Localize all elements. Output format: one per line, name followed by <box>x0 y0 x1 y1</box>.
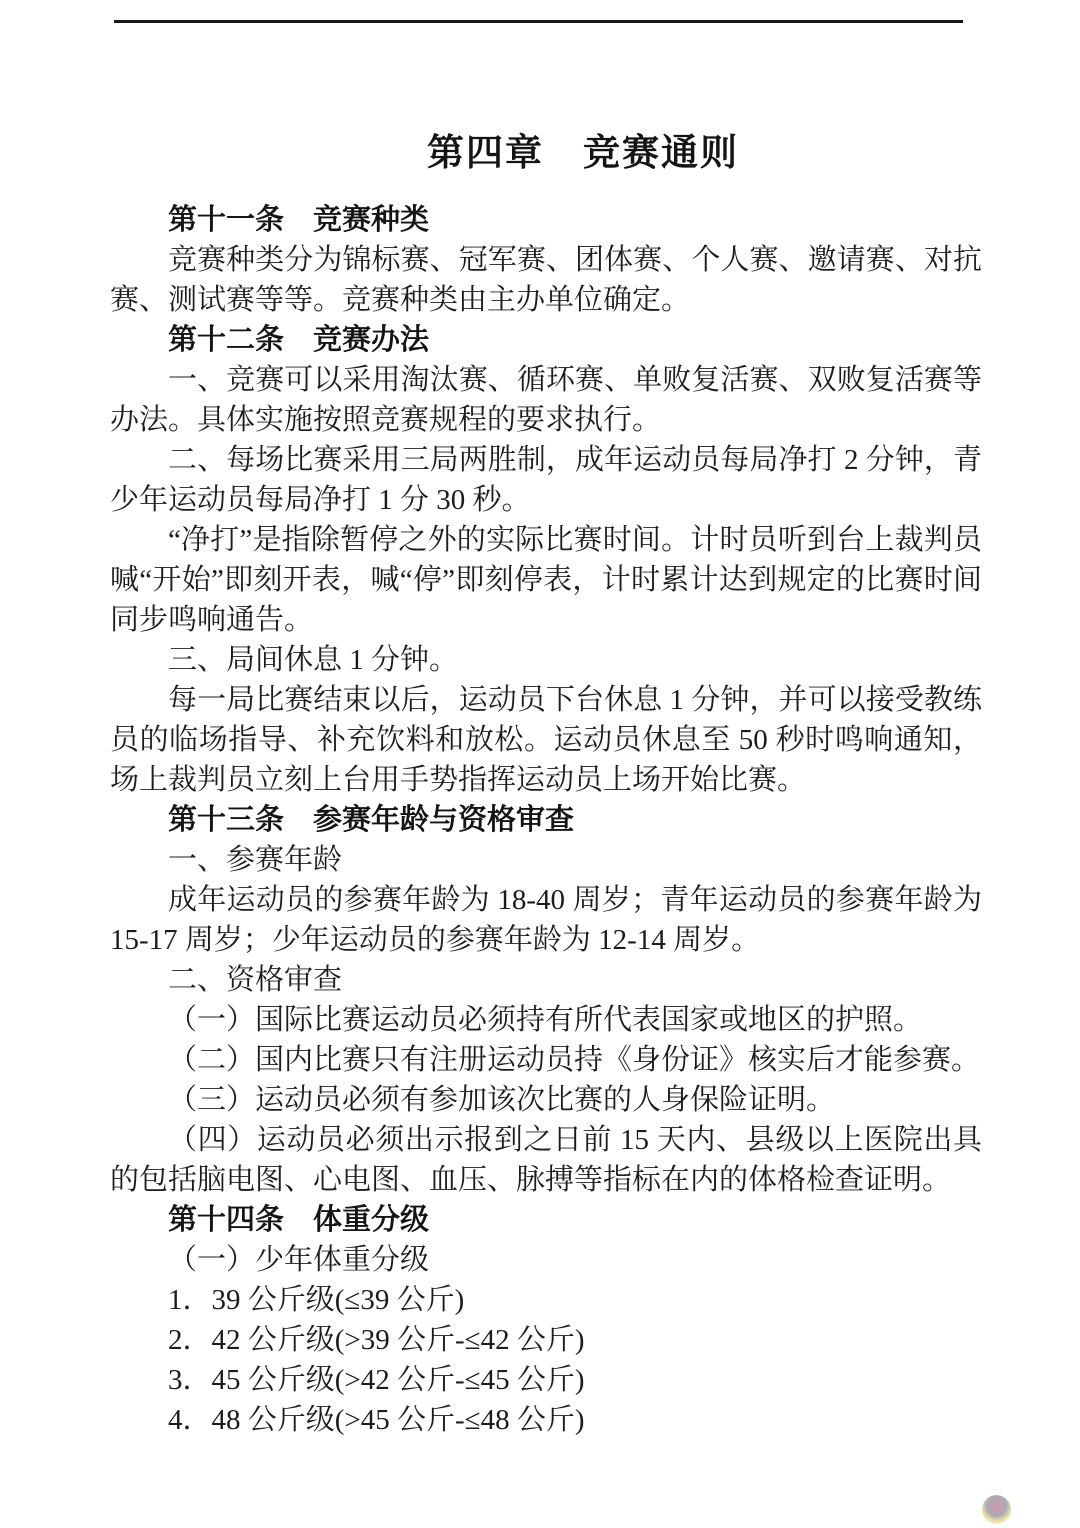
paragraph: 2．42 公斤级(>39 公斤-≤42 公斤) <box>110 1320 982 1360</box>
paragraph: 成年运动员的参赛年龄为 18-40 周岁；青年运动员的参赛年龄为 15-17 周… <box>110 880 982 960</box>
article-heading: 第十二条 竞赛办法 <box>110 320 982 360</box>
article-heading: 第十四条 体重分级 <box>110 1200 982 1240</box>
document-page: 第四章 竞赛通则 第十一条 竞赛种类竞赛种类分为锦标赛、冠军赛、团体赛、个人赛、… <box>0 0 1080 1528</box>
paragraph: 一、参赛年龄 <box>110 840 982 880</box>
paragraph: （一）少年体重分级 <box>110 1240 982 1280</box>
paragraph: 4．48 公斤级(>45 公斤-≤48 公斤) <box>110 1400 982 1440</box>
article-heading: 第十三条 参赛年龄与资格审查 <box>110 800 982 840</box>
article-heading: 第十一条 竞赛种类 <box>110 200 982 240</box>
paragraph: （二）国内比赛只有注册运动员持《身份证》核实后才能参赛。 <box>110 1040 982 1080</box>
header-rule <box>114 20 963 23</box>
paragraph: （四）运动员必须出示报到之日前 15 天内、县级以上医院出具的包括脑电图、心电图… <box>110 1120 982 1200</box>
paragraph: 三、局间休息 1 分钟。 <box>110 640 982 680</box>
paragraph: 3．45 公斤级(>42 公斤-≤45 公斤) <box>110 1360 982 1400</box>
paragraph: 一、竞赛可以采用淘汰赛、循环赛、单败复活赛、双败复活赛等办法。具体实施按照竞赛规… <box>110 360 982 440</box>
paragraph: 二、资格审查 <box>110 960 982 1000</box>
paragraph: “净打”是指除暂停之外的实际比赛时间。计时员听到台上裁判员喊“开始”即刻开表，喊… <box>110 520 982 640</box>
paragraph: 每一局比赛结束以后，运动员下台休息 1 分钟，并可以接受教练员的临场指导、补充饮… <box>110 680 982 800</box>
paragraph: 二、每场比赛采用三局两胜制，成年运动员每局净打 2 分钟，青少年运动员每局净打 … <box>110 440 982 520</box>
chapter-title: 第四章 竞赛通则 <box>110 131 982 175</box>
circular-seal-icon <box>982 1495 1011 1524</box>
document-content: 第四章 竞赛通则 第十一条 竞赛种类竞赛种类分为锦标赛、冠军赛、团体赛、个人赛、… <box>110 131 982 1440</box>
paragraph: （三）运动员必须有参加该次比赛的人身保险证明。 <box>110 1080 982 1120</box>
paragraph: 1．39 公斤级(≤39 公斤) <box>110 1280 982 1320</box>
paragraph: （一）国际比赛运动员必须持有所代表国家或地区的护照。 <box>110 1000 982 1040</box>
paragraph: 竞赛种类分为锦标赛、冠军赛、团体赛、个人赛、邀请赛、对抗赛、测试赛等等。竞赛种类… <box>110 240 982 320</box>
document-body: 第十一条 竞赛种类竞赛种类分为锦标赛、冠军赛、团体赛、个人赛、邀请赛、对抗赛、测… <box>110 200 982 1440</box>
